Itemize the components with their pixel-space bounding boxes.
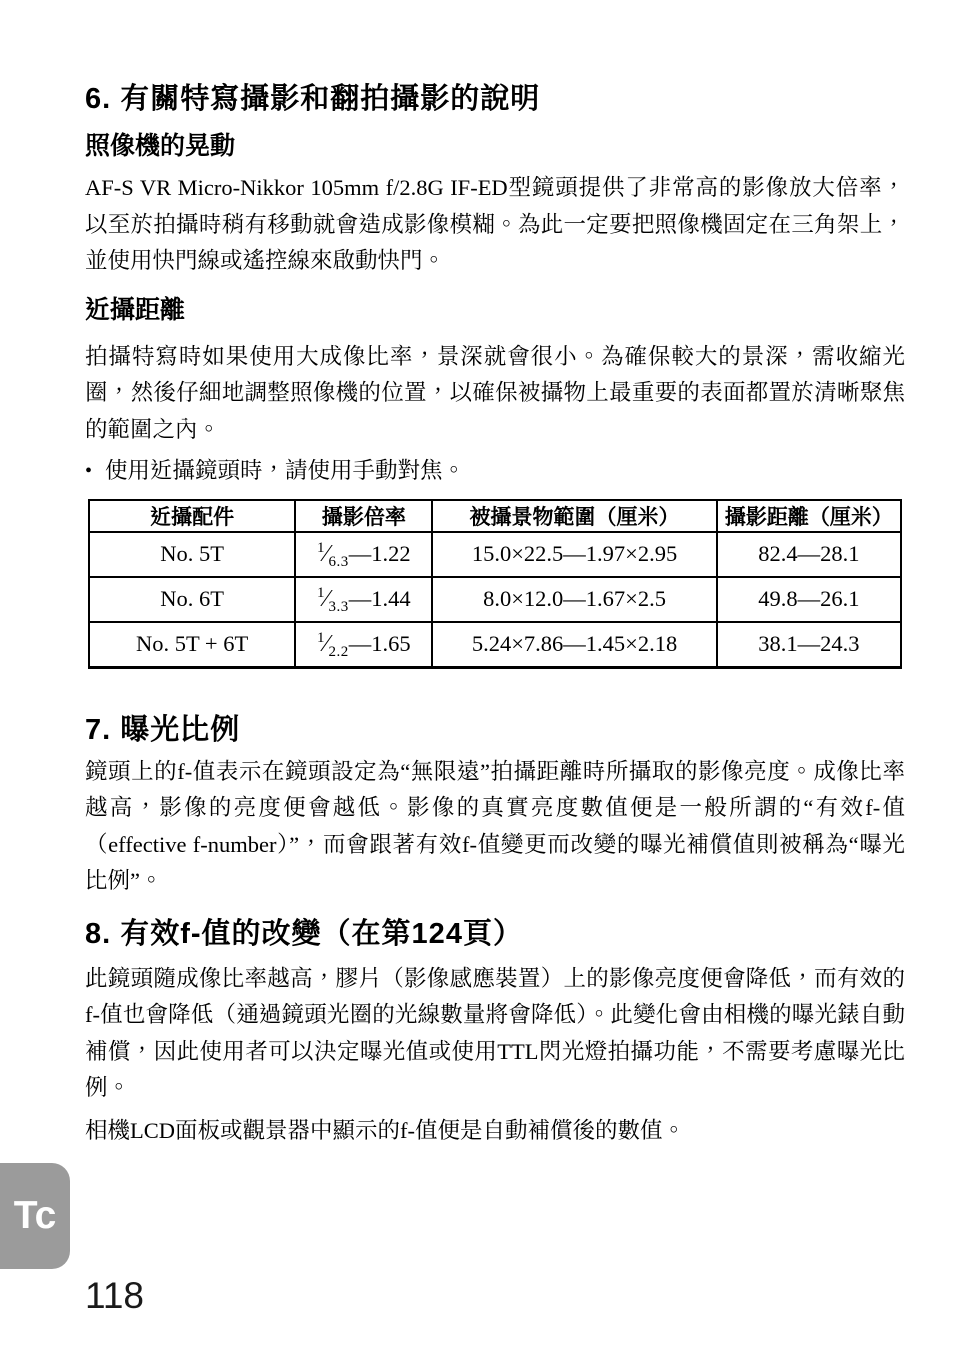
lcd-display-note-paragraph: 相機LCD面板或觀景器中顯示的f-值便是自動補償後的數值。 (85, 1113, 905, 1150)
header-ratio: 攝影倍率 (295, 500, 432, 532)
tc-language-tab: Tc (0, 1163, 70, 1269)
bullet-icon: • (85, 453, 92, 490)
tc-language-tab-label: Tc (14, 1194, 57, 1238)
manual-focus-note-text: 使用近攝鏡頭時，請使用手動對焦。 (105, 453, 465, 490)
close-up-distance-heading: 近攝距離 (85, 295, 905, 325)
camera-shake-heading: 照像機的晃動 (85, 131, 905, 161)
fraction-slash: ⁄ (325, 631, 329, 657)
table-row: No. 6T 1⁄3.3—1.44 8.0×12.0—1.67×2.5 49.8… (89, 577, 901, 622)
cell-ratio: 1⁄3.3—1.44 (295, 577, 432, 622)
camera-shake-paragraph: AF-S VR Micro-Nikkor 105mm f/2.8G IF-ED型… (85, 170, 905, 280)
section-8-heading: 8. 有效f-值的改變（在第124頁） (85, 917, 905, 951)
effective-f-number-paragraph: 此鏡頭隨成像比率越高，膠片（影像感應裝置）上的影像亮度便會降低，而有效的f-值也… (85, 961, 905, 1107)
close-up-distance-paragraph: 拍攝特寫時如果使用大成像比率，景深就會很小。為確保較大的景深，需收縮光圈，然後仔… (85, 339, 905, 449)
table-row: No. 5T + 6T 1⁄2.2—1.65 5.24×7.86—1.45×2.… (89, 622, 901, 668)
header-distance: 攝影距離（厘米） (717, 500, 901, 532)
cell-accessory: No. 5T + 6T (89, 622, 295, 668)
cell-ratio: 1⁄2.2—1.65 (295, 622, 432, 668)
cell-range: 5.24×7.86—1.45×2.18 (432, 622, 716, 668)
header-range: 被攝景物範圍（厘米） (432, 500, 716, 532)
section-7-heading: 7. 曝光比例 (85, 713, 905, 747)
cell-distance: 82.4—28.1 (717, 532, 901, 577)
cell-distance: 49.8—26.1 (717, 577, 901, 622)
section-6-heading: 6. 有關特寫攝影和翻拍攝影的說明 (85, 82, 905, 116)
manual-page: { "colors": { "tab_background": "#9b9b9b… (0, 0, 954, 1346)
cell-accessory: No. 6T (89, 577, 295, 622)
cell-range: 15.0×22.5—1.97×2.95 (432, 532, 716, 577)
exposure-ratio-paragraph: 鏡頭上的f-值表示在鏡頭設定為“無限遠”拍攝距離時所攝取的影像亮度。成像比率越高… (85, 754, 905, 900)
table-row: No. 5T 1⁄6.3—1.22 15.0×22.5—1.97×2.95 82… (89, 532, 901, 577)
table-header-row: 近攝配件 攝影倍率 被攝景物範圍（厘米） 攝影距離（厘米） (89, 500, 901, 532)
page-number: 118 (85, 1276, 144, 1316)
cell-range: 8.0×12.0—1.67×2.5 (432, 577, 716, 622)
cell-accessory: No. 5T (89, 532, 295, 577)
header-accessory: 近攝配件 (89, 500, 295, 532)
manual-focus-note: • 使用近攝鏡頭時，請使用手動對焦。 (85, 453, 905, 490)
cell-ratio: 1⁄6.3—1.22 (295, 532, 432, 577)
close-up-accessories-table: 近攝配件 攝影倍率 被攝景物範圍（厘米） 攝影距離（厘米） No. 5T 1⁄6… (88, 499, 902, 669)
page-content: 6. 有關特寫攝影和翻拍攝影的說明 照像機的晃動 AF-S VR Micro-N… (85, 0, 905, 1149)
fraction-slash: ⁄ (325, 586, 329, 612)
fraction-slash: ⁄ (325, 541, 329, 567)
cell-distance: 38.1—24.3 (717, 622, 901, 668)
